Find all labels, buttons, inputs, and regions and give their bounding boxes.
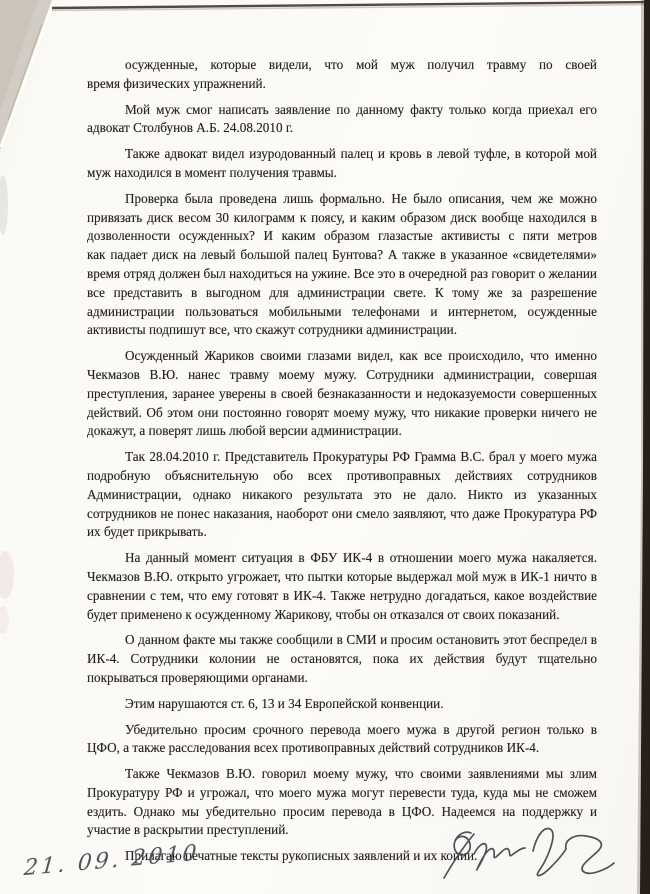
- text-line: действий. Об этом они постоянно говорят …: [87, 404, 597, 423]
- scanned-letter-page: { "page": { "kind": "scanned-letter", "l…: [0, 0, 650, 894]
- text-line: ЦФО, а также расследования всех противоп…: [87, 739, 597, 758]
- text-line: Также Чекмазов В.Ю. говорил моему мужу, …: [87, 765, 597, 784]
- text-line: Осужденный Жариков своими глазами видел,…: [87, 347, 597, 366]
- text-line: администрации пользоваться мобильными те…: [87, 303, 597, 322]
- text-line: активисты подпишут все, что скажут сотру…: [87, 321, 597, 340]
- text-line: сравнении с тем, что ему готовят в ИК-4.…: [87, 587, 597, 606]
- text-line: Убедительно просим срочного перевода мое…: [87, 721, 597, 740]
- paragraph: Осужденный Жариков своими глазами видел,…: [87, 347, 597, 441]
- text-line: ИК-4. Сотрудники колонии не остановятся,…: [87, 650, 597, 669]
- text-line: время физических упражнений.: [87, 75, 597, 94]
- text-line: дозволенности осужденных? И каким образо…: [87, 227, 597, 246]
- text-line: будет применено к осужденному Жарикову, …: [87, 606, 597, 625]
- signature-stroke: [444, 832, 474, 878]
- text-line: Прокуратуру РФ и угрожал, что моего мужа…: [87, 784, 597, 803]
- paragraph: Мой муж смог написать заявление по данно…: [87, 101, 597, 139]
- text-line: О данном факте мы также сообщили в СМИ и…: [87, 631, 597, 650]
- text-line: преступления, заранее уверены в своей бе…: [87, 385, 597, 404]
- text-line: Чекмазов В.Ю. нанес травму моему мужу. С…: [87, 366, 597, 385]
- text-line: Этим нарушаются ст. 6, 13 и 34 Европейск…: [87, 695, 597, 714]
- paragraph: Проверка была проведена лишь формально. …: [87, 190, 597, 340]
- text-line: покрываться проверяющими органами.: [87, 669, 597, 688]
- text-line: как падает диск на левый большой палец Б…: [87, 246, 597, 265]
- text-line: докажут, а поверят лишь любой версии адм…: [87, 422, 597, 441]
- paragraph: Этим нарушаются ст. 6, 13 и 34 Европейск…: [87, 695, 597, 714]
- text-line: их будет прикрывать.: [87, 523, 597, 542]
- paragraph: Также адвокат видел изуродованный палец …: [87, 145, 597, 183]
- text-line: На данный момент ситуация в ФБУ ИК-4 в о…: [87, 549, 597, 568]
- text-line: Чекмазов В.Ю. открыто угрожает, что пытк…: [87, 568, 597, 587]
- signature-stroke: [533, 829, 614, 876]
- document-body: осужденные, которые видели, что мой муж …: [87, 56, 597, 873]
- signature-stroke: [474, 844, 525, 870]
- text-line: адвокат Столбунов А.Б. 24.08.2010 г.: [87, 119, 597, 138]
- paragraph: О данном факте мы также сообщили в СМИ и…: [87, 631, 597, 687]
- paragraph: Так 28.04.2010 г. Представитель Прокурат…: [87, 448, 597, 542]
- text-line: привязать диск весом 30 килограмм к пояс…: [87, 209, 597, 228]
- text-line: подробную объяснительную обо всех против…: [87, 467, 597, 486]
- text-line: Проверка была проведена лишь формально. …: [87, 190, 597, 209]
- text-line: осужденные, которые видели, что мой муж …: [87, 56, 597, 75]
- paragraph: Убедительно просим срочного перевода мое…: [87, 721, 597, 759]
- text-line: все представить в выгодном для администр…: [87, 284, 597, 303]
- text-line: время отряд должен был находиться на ужи…: [87, 265, 597, 284]
- text-line: Администрации, однако никакого результат…: [87, 486, 597, 505]
- paragraph: осужденные, которые видели, что мой муж …: [87, 56, 597, 94]
- text-line: ездить. Однако мы убедительно просим пер…: [87, 803, 597, 822]
- text-line: Так 28.04.2010 г. Представитель Прокурат…: [87, 448, 597, 467]
- text-line: муж находился в момент получения травмы.: [87, 164, 597, 183]
- paragraph: На данный момент ситуация в ФБУ ИК-4 в о…: [87, 549, 597, 624]
- text-line: Также адвокат видел изуродованный палец …: [87, 145, 597, 164]
- text-line: Мой муж смог написать заявление по данно…: [87, 101, 597, 120]
- text-line: сотрудников не понес наказания, наоборот…: [87, 505, 597, 524]
- signature: [438, 820, 638, 892]
